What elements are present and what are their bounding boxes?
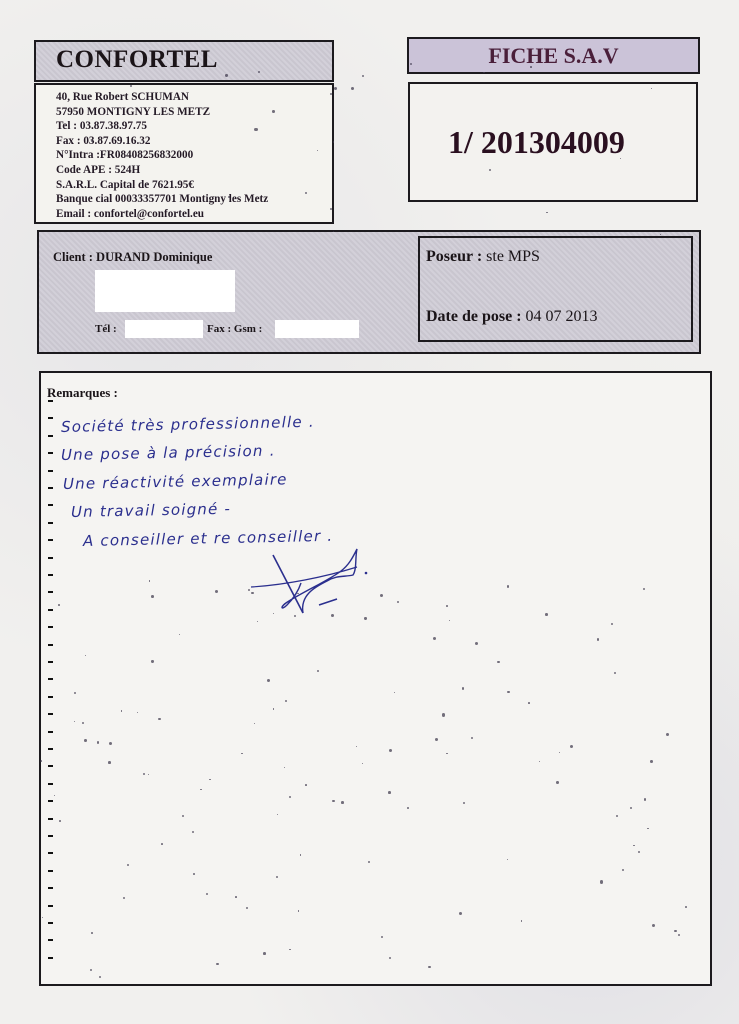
line-marker <box>48 852 53 854</box>
company-info-line: Tel : 03.87.38.97.75 <box>56 119 268 134</box>
line-marker <box>48 539 53 541</box>
line-marker <box>48 870 53 872</box>
fiche-title-box: FICHE S.A.V <box>407 37 700 74</box>
poseur-label: Poseur : <box>426 248 482 265</box>
line-marker <box>48 748 53 750</box>
line-marker <box>48 678 53 680</box>
remarks-label: Remarques : <box>47 385 118 401</box>
fiche-number-box: 1/ 201304009 <box>408 82 698 202</box>
company-info-line: 40, Rue Robert SCHUMAN <box>56 90 268 105</box>
line-marker <box>48 765 53 767</box>
poseur-value: ste MPS <box>486 248 540 265</box>
line-marker <box>48 591 53 593</box>
line-marker <box>48 922 53 924</box>
fiche-title: FICHE S.A.V <box>409 43 698 69</box>
line-marker <box>48 696 53 698</box>
line-marker <box>48 452 53 454</box>
date-value: 04 07 2013 <box>526 308 598 325</box>
company-info-box: 40, Rue Robert SCHUMAN57950 MONTIGNY LES… <box>34 83 334 224</box>
company-info-line: Email : confortel@confortel.eu <box>56 207 268 222</box>
client-name: Client : DURAND Dominique <box>53 250 212 265</box>
line-marker <box>48 905 53 907</box>
line-marker <box>48 504 53 506</box>
line-marker <box>48 713 53 715</box>
line-marker <box>48 887 53 889</box>
line-marker <box>48 731 53 733</box>
company-title-box: CONFORTEL <box>34 40 334 82</box>
company-info-line: Fax : 03.87.69.16.32 <box>56 134 268 149</box>
line-marker <box>48 609 53 611</box>
line-marker <box>48 522 53 524</box>
line-marker <box>48 574 53 576</box>
line-marker <box>48 800 53 802</box>
poseur: Poseur : ste MPS <box>426 248 540 266</box>
line-marker <box>48 818 53 820</box>
line-marker <box>48 783 53 785</box>
company-info: 40, Rue Robert SCHUMAN57950 MONTIGNY LES… <box>56 90 268 221</box>
fiche-number: 1/ 201304009 <box>448 124 625 161</box>
poseur-box: Poseur : ste MPS Date de pose : 04 07 20… <box>418 236 693 342</box>
line-marker <box>48 644 53 646</box>
client-address-redacted <box>95 270 235 312</box>
handwritten-line: Un travail soigné - <box>71 509 231 512</box>
date-de-pose: Date de pose : 04 07 2013 <box>426 308 598 326</box>
handwritten-line: A conseiller et re conseiller . <box>83 536 333 541</box>
company-info-line: S.A.R.L. Capital de 7621.95€ <box>56 178 268 193</box>
handwritten-line: Une pose à la précision . <box>61 451 276 455</box>
line-marker <box>48 835 53 837</box>
remarks-box: Remarques : Société très professionnelle… <box>39 371 712 986</box>
company-info-line: Code APE : 524H <box>56 163 268 178</box>
line-marker <box>48 400 53 402</box>
date-label: Date de pose : <box>426 308 522 325</box>
line-marker <box>48 557 53 559</box>
line-marker <box>48 470 53 472</box>
company-info-line: 57950 MONTIGNY LES METZ <box>56 105 268 120</box>
company-info-line: N°Intra :FR08408256832000 <box>56 148 268 163</box>
handwritten-line: Une réactivité exemplaire <box>63 479 288 484</box>
line-marker <box>48 435 53 437</box>
line-marker <box>48 661 53 663</box>
tel-label: Tél : <box>95 323 117 335</box>
tel-redacted <box>125 320 203 338</box>
line-marker <box>48 626 53 628</box>
fax-gsm-label: Fax : Gsm : <box>207 323 262 335</box>
handwritten-line: Société très professionnelle . <box>61 422 315 427</box>
line-marker <box>48 487 53 489</box>
line-marker <box>48 957 53 959</box>
gsm-redacted <box>275 320 359 338</box>
company-info-line: Banque cial 00033357701 Montigny les Met… <box>56 192 268 207</box>
line-marker <box>48 939 53 941</box>
line-marker <box>48 417 53 419</box>
signature-icon <box>245 547 375 617</box>
company-name: CONFORTEL <box>56 46 218 74</box>
